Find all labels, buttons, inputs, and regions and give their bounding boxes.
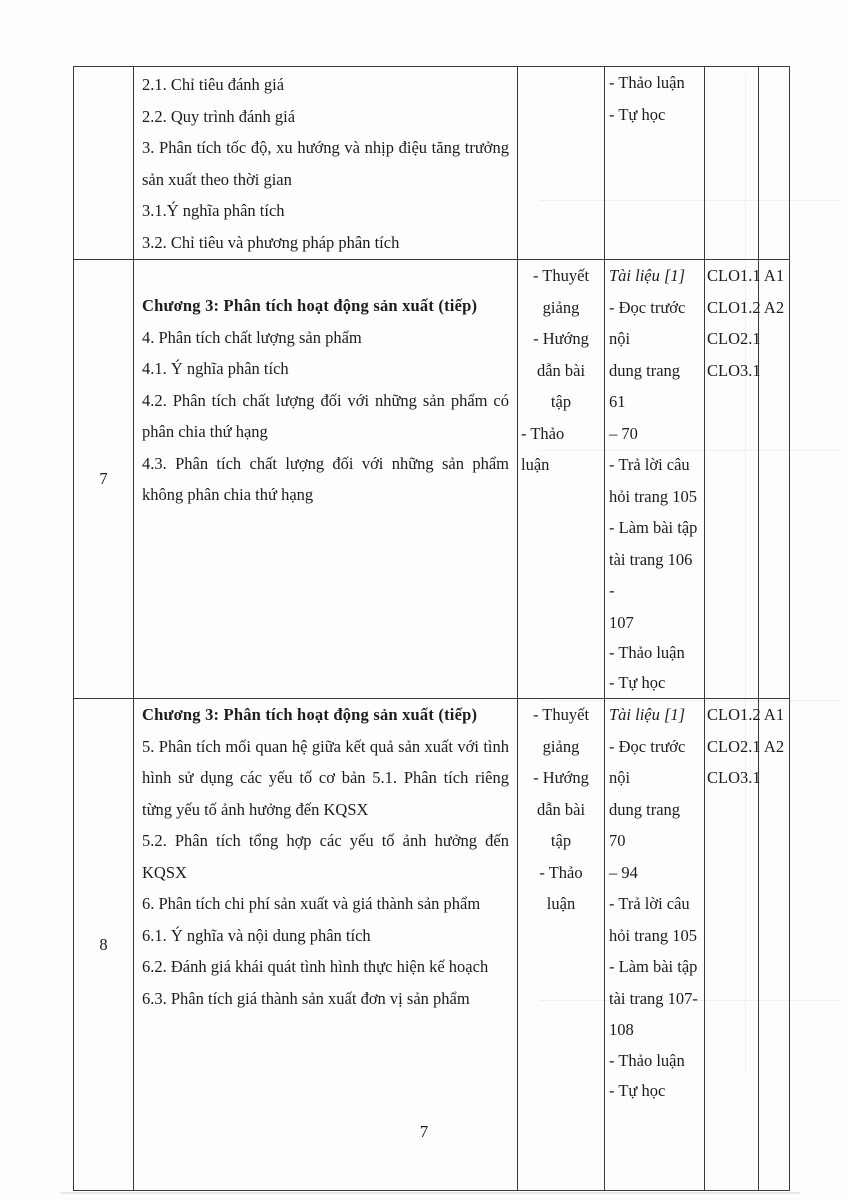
content-line: 5.2. Phân tích tổng hợp các yếu tố ảnh h… (142, 825, 509, 888)
self-study-line: – 94 (609, 857, 700, 889)
content-line: 2.1. Chỉ tiêu đánh giá (142, 69, 509, 101)
self-study-line: - Tự học (609, 99, 700, 131)
week-cell: 8 (74, 699, 134, 1191)
content-line: 2.2. Quy trình đánh giá (142, 101, 509, 133)
course-schedule-table: 2.1. Chỉ tiêu đánh giá 2.2. Quy trình đá… (73, 66, 790, 1191)
week-number: 8 (99, 935, 107, 954)
assessment-cell: A1 A2 (759, 260, 790, 699)
self-study-cell: Tài liệu [1] - Đọc trước nội dung trang … (605, 699, 705, 1191)
method-line: tập (521, 825, 601, 857)
self-study-line: - Thảo luận (609, 67, 700, 99)
content-line: 3.1.Ý nghĩa phân tích (142, 195, 509, 227)
method-line: tập (521, 386, 601, 418)
self-study-line: - Thảo luận (609, 1046, 700, 1076)
clo-code: CLO1.2 (707, 699, 758, 731)
content-line: 4. Phân tích chất lượng sản phẩm (142, 322, 509, 354)
self-study-cell: - Thảo luận - Tự học (605, 67, 705, 260)
self-study-line: - Trả lời câu (609, 888, 700, 920)
content-line: 6.2. Đánh giá khái quát tình hình thực h… (142, 951, 509, 983)
method-line: dẫn bài (521, 794, 601, 826)
chapter-heading: Chương 3: Phân tích hoạt động sản xuất (… (142, 699, 509, 731)
self-study-line: - Trả lời câu (609, 449, 700, 481)
content-line: 6.3. Phân tích giá thành sản xuất đơn vị… (142, 983, 509, 1015)
self-study-line: - Thảo luận (609, 638, 700, 668)
method-line: - Thuyết (521, 260, 601, 292)
method-line: luận (521, 449, 601, 481)
method-cell: - Thuyết giảng - Hướng dẫn bài tập - Thả… (518, 260, 605, 699)
method-line: dẫn bài (521, 355, 601, 387)
assessment-cell: A1 A2 (759, 699, 790, 1191)
clo-code: CLO2.1 (707, 323, 758, 355)
self-study-line: - Làm bài tập (609, 512, 700, 544)
content-line: 3. Phân tích tốc độ, xu hướng và nhịp đi… (142, 132, 509, 195)
scan-edge-divider (60, 1192, 800, 1194)
self-study-line: dung trang 70 (609, 794, 700, 857)
assessment-code: A1 (759, 699, 789, 731)
content-line: 6. Phân tích chi phí sản xuất và giá thà… (142, 888, 509, 920)
self-study-line: 108 (609, 1014, 700, 1046)
method-line: - Hướng (521, 323, 601, 355)
content-line: 3.2. Chỉ tiêu và phương pháp phân tích (142, 227, 509, 259)
method-line: - Thảo (521, 857, 601, 889)
clo-code: CLO3.1 (707, 355, 758, 387)
self-study-line: - Tự học (609, 1076, 700, 1106)
self-study-line: hỏi trang 105 (609, 481, 700, 513)
content-cell: Chương 3: Phân tích hoạt động sản xuất (… (134, 699, 518, 1191)
chapter-heading: Chương 3: Phân tích hoạt động sản xuất (… (142, 290, 509, 322)
method-cell (518, 67, 605, 260)
method-line: - Thảo (521, 418, 601, 450)
method-line: luận (521, 888, 601, 920)
method-cell: - Thuyết giảng - Hướng dẫn bài tập - Thả… (518, 699, 605, 1191)
assessment-code: A2 (759, 731, 789, 763)
reference-label: Tài liệu [1] (609, 260, 700, 292)
self-study-line: - Làm bài tập (609, 951, 700, 983)
clo-cell (705, 67, 759, 260)
self-study-line: 107 (609, 607, 700, 639)
assessment-code: A1 (759, 260, 789, 292)
week-cell: 7 (74, 260, 134, 699)
self-study-line: - Tự học (609, 668, 700, 698)
assessment-code: A2 (759, 292, 789, 324)
assessment-cell (759, 67, 790, 260)
self-study-line: hỏi trang 105 (609, 920, 700, 952)
content-line: 5. Phân tích mối quan hệ giữa kết quả sả… (142, 731, 509, 826)
content-line: 6.1. Ý nghĩa và nội dung phân tích (142, 920, 509, 952)
clo-code: CLO1.1 (707, 260, 758, 292)
clo-code: CLO1.2 (707, 292, 758, 324)
table-row: 8 Chương 3: Phân tích hoạt động sản xuất… (74, 699, 790, 1191)
self-study-line: tài trang 107- (609, 983, 700, 1015)
content-line: 4.1. Ý nghĩa phân tích (142, 353, 509, 385)
clo-code: CLO2.1 (707, 731, 758, 763)
week-number: 7 (99, 469, 107, 488)
self-study-line: tài trang 106 - (609, 544, 700, 607)
week-cell (74, 67, 134, 260)
clo-code: CLO3.1 (707, 762, 758, 794)
method-line: - Hướng (521, 762, 601, 794)
content-cell: Chương 3: Phân tích hoạt động sản xuất (… (134, 260, 518, 699)
page-number: 7 (0, 1122, 848, 1142)
content-line: 4.2. Phân tích chất lượng đối với những … (142, 385, 509, 448)
content-line: 4.3. Phân tích chất lượng đối với những … (142, 448, 509, 511)
self-study-line: - Đọc trước nội (609, 731, 700, 794)
self-study-line: dung trang 61 (609, 355, 700, 418)
content-cell: 2.1. Chỉ tiêu đánh giá 2.2. Quy trình đá… (134, 67, 518, 260)
table-row: 7 Chương 3: Phân tích hoạt động sản xuất… (74, 260, 790, 699)
method-line: - Thuyết (521, 699, 601, 731)
table-row: 2.1. Chỉ tiêu đánh giá 2.2. Quy trình đá… (74, 67, 790, 260)
self-study-cell: Tài liệu [1] - Đọc trước nội dung trang … (605, 260, 705, 699)
self-study-line: - Đọc trước nội (609, 292, 700, 355)
self-study-line: – 70 (609, 418, 700, 450)
reference-label: Tài liệu [1] (609, 699, 700, 731)
clo-cell: CLO1.1 CLO1.2 CLO2.1 CLO3.1 (705, 260, 759, 699)
method-line: giảng (521, 731, 601, 763)
clo-cell: CLO1.2 CLO2.1 CLO3.1 (705, 699, 759, 1191)
method-line: giảng (521, 292, 601, 324)
